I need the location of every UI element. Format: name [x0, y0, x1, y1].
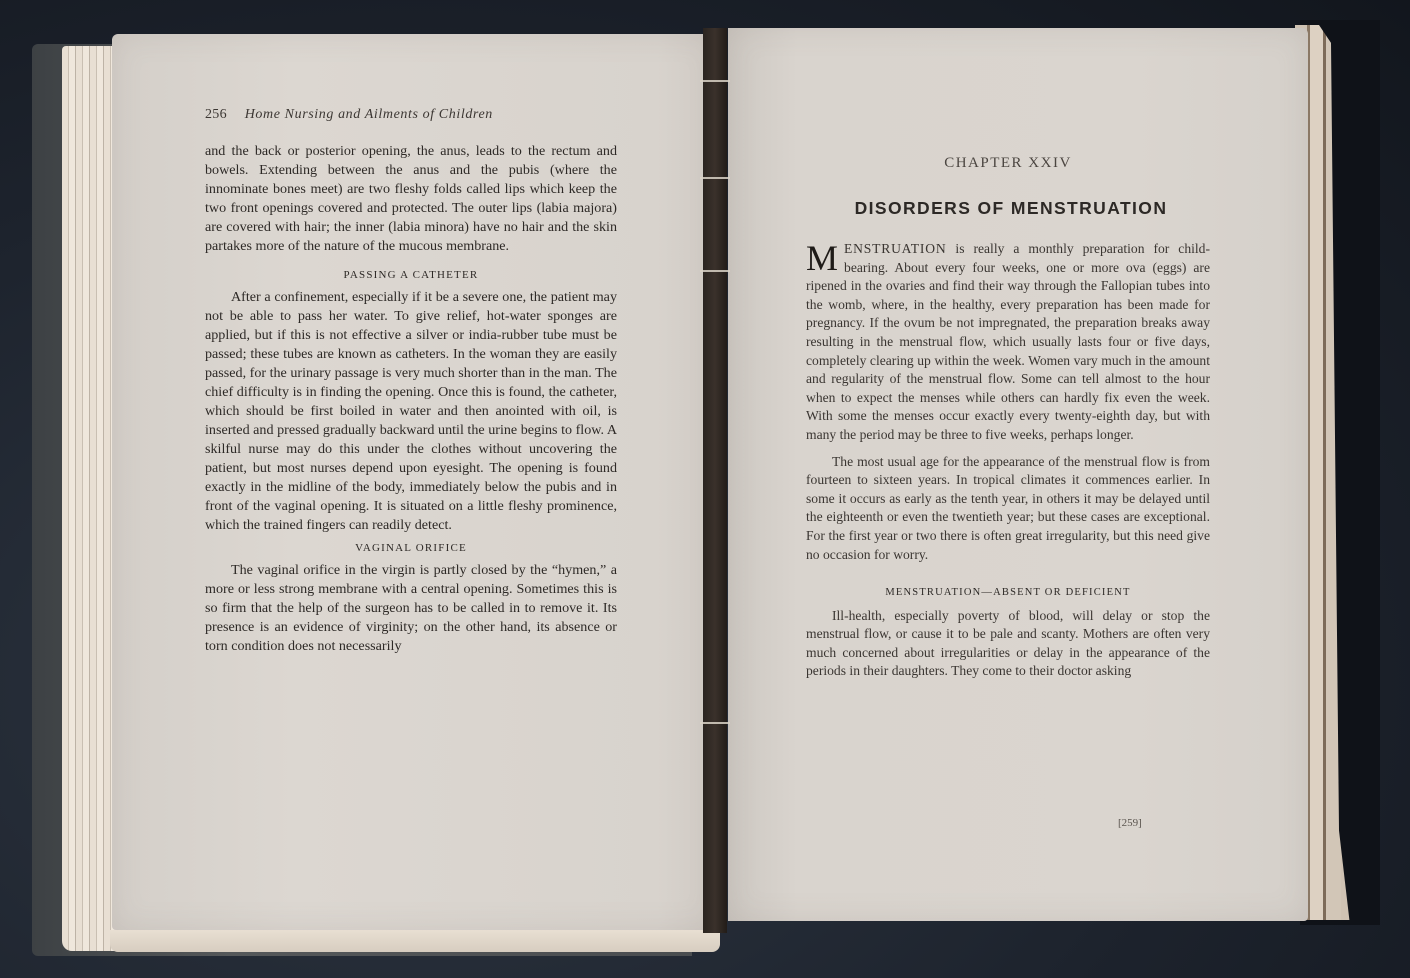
running-header: 256 Home Nursing and Ailments of Childre… [205, 107, 493, 123]
section-body: After a confinement, especially if it be… [205, 288, 617, 535]
section-heading: VAGINAL ORIFICE [205, 539, 617, 558]
chapter-title: DISORDERS OF MENSTRUATION [806, 198, 1216, 219]
drop-cap: M [806, 243, 838, 273]
running-title: Home Nursing and Ailments of Children [245, 107, 493, 122]
section-heading: PASSING A CATHETER [205, 266, 617, 285]
opening-paragraph: MENSTRUATION is really a monthly prepara… [806, 240, 1210, 445]
binding-stitch [700, 270, 730, 272]
binding-stitch [700, 722, 730, 724]
binding-stitch [700, 80, 730, 82]
page-stack-bottom [110, 930, 720, 952]
paragraph: The most usual age for the appearance of… [806, 453, 1210, 565]
first-word: ENSTRUATION [844, 241, 946, 256]
chapter-label: CHAPTER XXIV [806, 155, 1210, 172]
intro-paragraph: and the back or posterior opening, the a… [205, 142, 617, 256]
right-page-body: MENSTRUATION is really a monthly prepara… [806, 240, 1210, 681]
book-spine-gutter [703, 28, 727, 933]
paragraph-text: is really a monthly preparation for chil… [806, 241, 1210, 442]
section-heading: MENSTRUATION—ABSENT OR DEFICIENT [806, 584, 1210, 603]
binding-stitch [700, 177, 730, 179]
section-body: The vaginal orifice in the virgin is par… [205, 561, 617, 656]
left-page-body: and the back or posterior opening, the a… [205, 142, 617, 656]
page-number: 256 [205, 107, 227, 122]
paragraph: Ill-health, especially poverty of blood,… [806, 607, 1210, 681]
folio-page-number: [259] [1118, 817, 1142, 829]
